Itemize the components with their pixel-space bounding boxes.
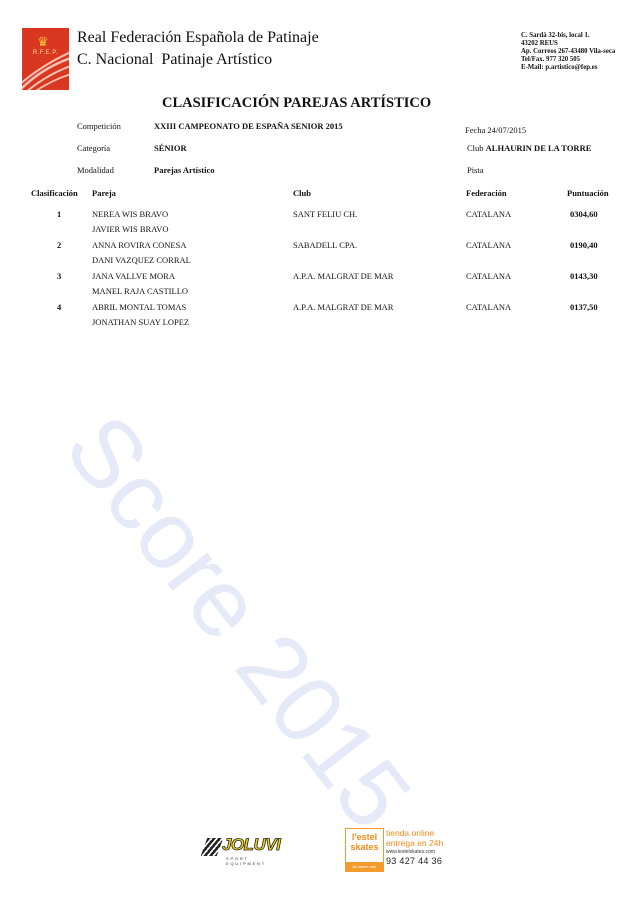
- host-club-field: Club ALHAURIN DE LA TORRE: [467, 143, 591, 153]
- lestel-name-line1: l'estel: [346, 832, 383, 842]
- lestel-skates-logo: l'estel skates de carles mur: [345, 828, 384, 872]
- header-federation: Federación: [466, 188, 507, 198]
- lestel-phone: 93 427 44 36: [386, 856, 443, 867]
- competition-value: XXIII CAMPEONATO DE ESPAÑA SENIOR 2015: [154, 121, 343, 131]
- skater1-cell: NEREA WIS BRAVO: [92, 209, 168, 219]
- organization-name: Real Federación Española de Patinaje: [77, 29, 319, 47]
- federation-cell: CATALANA: [466, 302, 511, 312]
- skater1-cell: JANA VALLVE MORA: [92, 271, 175, 281]
- club-cell: A.P.A. MALGRAT DE MAR: [293, 271, 393, 281]
- host-club-value: ALHAURIN DE LA TORRE: [486, 143, 592, 153]
- modality-label: Modalidad: [77, 165, 114, 175]
- lestel-line2: entrega en 24h: [386, 838, 443, 848]
- modality-value: Parejas Artístico: [154, 165, 215, 175]
- skater2-cell: JONATHAN SUAY LOPEZ: [92, 317, 189, 327]
- lestel-skates-ad: tienda online entrega en 24h www.lestels…: [386, 828, 443, 867]
- skater1-cell: ANNA ROVIRA CONESA: [92, 240, 186, 250]
- federation-cell: CATALANA: [466, 240, 511, 250]
- lestel-logo-text: l'estel skates: [346, 832, 383, 852]
- rank-cell: 2: [57, 240, 61, 250]
- contact-address: C. Sardà 32-bis, local 1.: [521, 32, 615, 40]
- rink-label: Pista: [467, 165, 484, 175]
- watermark: Score 2015: [43, 395, 432, 850]
- lestel-name-line2: skates: [346, 842, 383, 852]
- club-cell: SANT FELIU CH.: [293, 209, 357, 219]
- lestel-web: www.lestelskates.com: [386, 848, 443, 856]
- contact-city: 43202 REUS: [521, 40, 615, 48]
- club-cell: A.P.A. MALGRAT DE MAR: [293, 302, 393, 312]
- club-cell: SABADELL CPA.: [293, 240, 357, 250]
- score-cell: 0190,40: [570, 240, 598, 250]
- federation-cell: CATALANA: [466, 209, 511, 219]
- contact-block: C. Sardà 32-bis, local 1. 43202 REUS Ap.…: [521, 32, 615, 72]
- score-cell: 0137,50: [570, 302, 598, 312]
- contact-po-box: Ap. Correos 267-43480 Vila-seca: [521, 48, 615, 56]
- header-classification: Clasificación: [31, 188, 78, 198]
- skater2-cell: MANEL RAJA CASTILLO: [92, 286, 188, 296]
- page-title: CLASIFICACIÓN PAREJAS ARTÍSTICO: [162, 95, 431, 112]
- lestel-subtitle: de carles mur: [346, 862, 383, 871]
- score-cell: 0304,60: [570, 209, 598, 219]
- date-field: Fecha 24/07/2015: [465, 125, 526, 135]
- header-pair: Pareja: [92, 188, 116, 198]
- category-label: Categoría: [77, 143, 110, 153]
- joluvi-mark-icon: [201, 838, 224, 856]
- rfep-logo: ♛ R.F.E.P.: [22, 28, 69, 90]
- competition-label: Competición: [77, 121, 121, 131]
- federation-cell: CATALANA: [466, 271, 511, 281]
- rank-cell: 4: [57, 302, 61, 312]
- skater2-cell: JAVIER WIS BRAVO: [92, 224, 169, 234]
- joluvi-name: JOLUVI: [222, 835, 280, 855]
- skater2-cell: DANI VAZQUEZ CORRAL: [92, 255, 191, 265]
- lestel-line1: tienda online: [386, 828, 443, 838]
- rank-cell: 3: [57, 271, 61, 281]
- score-cell: 0143,30: [570, 271, 598, 281]
- rank-cell: 1: [57, 209, 61, 219]
- joluvi-logo: JOLUVI SPORT EQUIPMENT: [204, 834, 288, 862]
- header-score: Puntuación: [567, 188, 609, 198]
- header-club: Club: [293, 188, 311, 198]
- crown-icon: ♛: [37, 35, 49, 48]
- skater1-cell: ABRIL MONTAL TOMAS: [92, 302, 186, 312]
- contact-email: E-Mail: p.artistico@fep.es: [521, 64, 615, 72]
- date-value: 24/07/2015: [487, 125, 526, 135]
- contact-phone: Tel/Fax. 977 320 505: [521, 56, 615, 64]
- date-label: Fecha: [465, 125, 485, 135]
- joluvi-tagline: SPORT EQUIPMENT: [226, 856, 288, 866]
- category-value: SÉNIOR: [154, 143, 187, 153]
- host-club-label: Club: [467, 143, 484, 153]
- logo-text: R.F.E.P.: [22, 50, 69, 56]
- committee-name: C. Nacional Patinaje Artístico: [77, 51, 272, 69]
